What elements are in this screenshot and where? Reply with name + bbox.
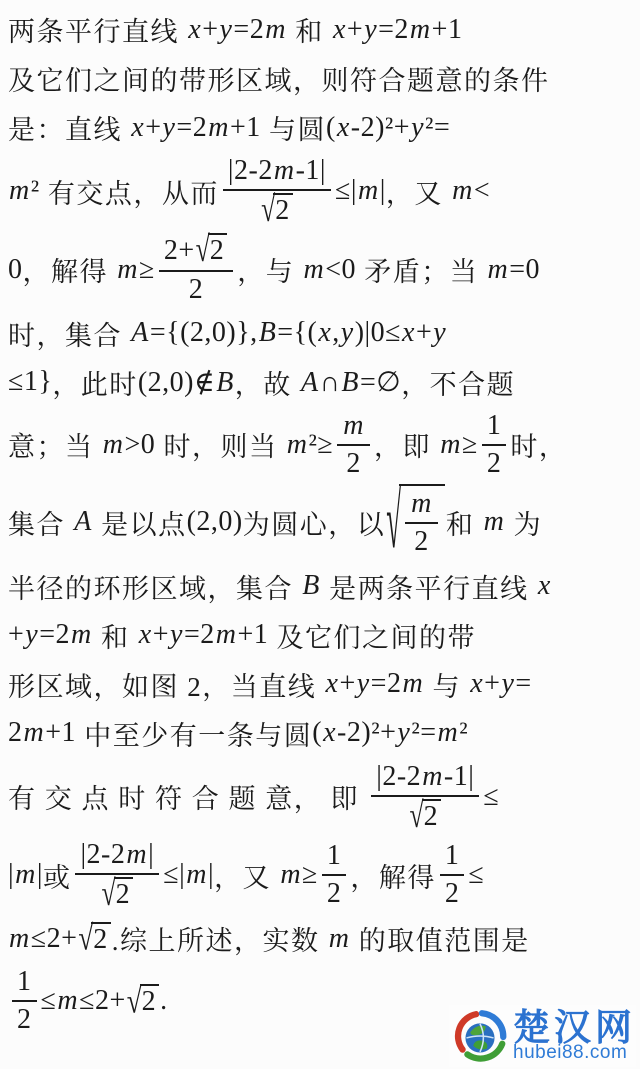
fraction: |2-2m-1|√2 xyxy=(223,155,331,227)
math-text: 2m+1 xyxy=(8,717,76,749)
square-root: √2 xyxy=(102,877,134,911)
cjk-text: 和 xyxy=(93,616,138,655)
watermark-site-name: 楚汉网 xyxy=(513,1010,636,1045)
cjk-text: 两条平行直线 xyxy=(8,10,187,49)
math-text: |2-2m| xyxy=(80,839,154,871)
math-text: B xyxy=(301,570,321,602)
text-line: 集合 A 是以点(2,0)为圆心，以√m2和 m 为 xyxy=(8,483,634,561)
fraction-numerator: |2-2m-1| xyxy=(223,155,331,191)
square-root: √2 xyxy=(127,984,159,1018)
document-page: 两条平行直线 x+y=2m 和 x+y=2m+1及它们之间的带形区域，则符合题意… xyxy=(0,0,640,1040)
watermark-logo: 楚汉网 hubei88.com xyxy=(449,1005,636,1067)
cjk-text: 是两条平行直线 xyxy=(321,567,537,606)
math-text: A xyxy=(73,506,93,538)
math-text: 2 xyxy=(414,526,429,558)
text-line: 形区域，如图 2，当直线 x+y=2m 与 x+y= xyxy=(8,660,634,709)
math-text: A={(2,0)},B={(x,y)|0≤x+y xyxy=(130,317,447,349)
fraction-denominator: 2 xyxy=(440,876,465,910)
fraction: m2 xyxy=(337,410,370,480)
math-text: 2 xyxy=(93,924,108,956)
cjk-text: 时， xyxy=(510,425,567,464)
cjk-text: ，与 xyxy=(237,250,302,289)
math-text: 0 xyxy=(8,254,23,286)
cjk-text: 集合 xyxy=(8,503,73,542)
square-root: √2 xyxy=(410,799,442,833)
math-text: 2 xyxy=(487,448,502,480)
math-text: 2+ xyxy=(164,235,195,267)
math-text: (x-2)²+y²= xyxy=(326,112,450,144)
math-text: 2 xyxy=(210,235,225,267)
document-body: 两条平行直线 x+y=2m 和 x+y=2m+1及它们之间的带形区域，则符合题意… xyxy=(8,5,634,1040)
fraction-numerator: 1 xyxy=(440,840,465,876)
cjk-text: 或 xyxy=(43,856,72,895)
cjk-text: ，解得 xyxy=(350,856,436,895)
cjk-text: ，不合题 xyxy=(401,363,515,402)
math-text: 1 xyxy=(445,840,460,872)
math-text: m xyxy=(483,506,506,538)
math-text: 2 xyxy=(424,801,439,833)
radicand: 2 xyxy=(140,984,160,1018)
math-text: (2,0)∉B xyxy=(138,365,235,399)
watermark-site-url: hubei88.com xyxy=(513,1043,636,1062)
math-text: 1 xyxy=(17,966,32,998)
radical-sign: √ xyxy=(196,233,210,268)
cjk-text: 时，则当 xyxy=(155,425,286,464)
cjk-text: 和 xyxy=(287,10,332,49)
radical-sign: √ xyxy=(78,922,93,956)
fraction-denominator: √2 xyxy=(96,875,140,911)
math-text: m<0 xyxy=(302,254,356,286)
math-text: (x-2)²+y²=m² xyxy=(312,717,468,749)
text-line: 意；当 m>0 时，则当 m²≥m2，即 m≥12时， xyxy=(8,407,634,483)
fraction-denominator: 2 xyxy=(341,446,366,480)
radicand: 2 xyxy=(208,233,228,267)
radical-sign: √ xyxy=(261,193,275,228)
square-root: √m2 xyxy=(386,484,445,560)
fraction-denominator: 2 xyxy=(482,446,507,480)
math-text: ≤1} xyxy=(8,366,52,398)
cjk-text: ，又 xyxy=(386,172,451,211)
radicand: 2 xyxy=(422,799,442,833)
text-line: m≤2+√2.综上所述，实数 m 的取值范围是 xyxy=(8,914,634,963)
radical-sign: √ xyxy=(127,985,142,1019)
math-text: m≤2+ xyxy=(8,923,77,955)
globe-swirl-icon xyxy=(449,1005,511,1067)
fraction-numerator: 1 xyxy=(12,966,37,1002)
text-line: 有 交 点 时 符 合 题 意， 即 |2-2m-1|√2≤ xyxy=(8,758,634,836)
math-text: 2 xyxy=(142,986,157,1018)
fraction-denominator: √2 xyxy=(255,191,299,227)
square-root: √2 xyxy=(261,193,293,227)
math-text: m=0 xyxy=(487,254,541,286)
math-text: m xyxy=(410,488,433,520)
cjk-text: ，故 xyxy=(235,363,300,402)
text-line: 2m+1 中至少有一条与圆(x-2)²+y²=m² xyxy=(8,709,634,758)
math-text: m xyxy=(328,923,351,955)
fraction-denominator: 2 xyxy=(409,524,434,558)
square-root: √2 xyxy=(78,922,110,956)
cjk-text: 是以点 xyxy=(93,503,187,542)
cjk-text: .综上所述，实数 xyxy=(112,919,328,958)
math-text: m²≥ xyxy=(286,429,334,461)
cjk-text: 为圆心，以 xyxy=(243,503,386,542)
math-text: 2 xyxy=(275,195,290,227)
text-line: 0，解得 m≥2+√22，与 m<0 矛盾；当 m=0 xyxy=(8,230,634,308)
math-text: . xyxy=(160,985,168,1017)
math-text: m≥ xyxy=(439,429,478,461)
fraction-numerator: m xyxy=(405,488,438,524)
fraction-numerator: 1 xyxy=(482,410,507,446)
fraction: |2-2m|√2 xyxy=(75,839,159,911)
cjk-text: 的取值范围是 xyxy=(350,919,529,958)
text-line: m² 有交点，从而|2-2m-1|√2≤|m|，又 m< xyxy=(8,152,634,230)
radical-sign: √ xyxy=(102,877,116,912)
fraction-denominator: 2 xyxy=(322,876,347,910)
text-line: ≤1}，此时(2,0)∉B，故 A∩B=∅，不合题 xyxy=(8,358,634,407)
cjk-text: 意；当 xyxy=(8,425,102,464)
square-root: √2 xyxy=(196,233,228,267)
math-text: x+y=2m+1 xyxy=(332,14,463,46)
cjk-text: 及它们之间的带 xyxy=(268,616,476,655)
fraction: 2+√22 xyxy=(159,233,233,305)
cjk-text: 与圆 xyxy=(261,108,326,147)
math-text: x+y=2m xyxy=(325,668,425,700)
math-text: m xyxy=(342,410,365,442)
cjk-text: 和 xyxy=(446,503,483,542)
radicand: 2 xyxy=(273,193,293,227)
math-text: ≤|m| xyxy=(163,859,214,891)
radicand: m2 xyxy=(399,484,445,560)
math-text: 2 xyxy=(17,1004,32,1036)
math-text: ≤ xyxy=(483,781,499,813)
radicand: 2 xyxy=(91,922,111,956)
math-text: 1 xyxy=(487,410,502,442)
math-text: 2 xyxy=(327,878,342,910)
cjk-text: 形区域，如图 2，当直线 xyxy=(8,665,325,704)
cjk-text: 半径的环形区域，集合 xyxy=(8,567,301,606)
fraction-denominator: √2 xyxy=(404,797,448,833)
fraction-numerator: 2+√2 xyxy=(159,233,233,271)
cjk-text: 为 xyxy=(505,503,542,542)
math-text: |m| xyxy=(8,859,43,891)
math-text: |2-2m-1| xyxy=(228,155,326,187)
radical-sign: √ xyxy=(410,798,424,833)
math-text: ≤m≤2+ xyxy=(41,985,126,1017)
fraction-denominator: 2 xyxy=(184,272,209,306)
math-text: x+y=2m+1 xyxy=(138,619,269,651)
math-text: 1 xyxy=(327,840,342,872)
cjk-text: 及它们之间的带形区域，则符合题意的条件 xyxy=(8,59,550,98)
radical-sign: √ xyxy=(386,486,401,561)
math-text: 2 xyxy=(189,274,204,306)
math-text: x+y=2m+1 xyxy=(130,112,261,144)
math-text: x+y= xyxy=(469,668,531,700)
fraction-numerator: |2-2m| xyxy=(75,839,159,875)
fraction-numerator: |2-2m-1| xyxy=(371,761,479,797)
cjk-text: 有交点，从而 xyxy=(40,172,219,211)
cjk-text: ，解得 xyxy=(23,250,117,289)
math-text: x+y=2m xyxy=(187,14,287,46)
text-line: 半径的环形区域，集合 B 是两条平行直线 x xyxy=(8,562,634,611)
text-line: 及它们之间的带形区域，则符合题意的条件 xyxy=(8,54,634,103)
math-text: (2,0) xyxy=(187,506,243,538)
cjk-text: ，即 xyxy=(374,425,439,464)
fraction: 12 xyxy=(482,410,507,480)
math-text: |2-2m-1| xyxy=(376,761,474,793)
math-text: 2 xyxy=(445,878,460,910)
fraction: |2-2m-1|√2 xyxy=(371,761,479,833)
cjk-text: 与 xyxy=(424,665,469,704)
cjk-text: 有 交 点 时 符 合 题 意， 即 xyxy=(8,777,367,816)
cjk-text: 矛盾；当 xyxy=(356,250,487,289)
math-text: 2 xyxy=(346,448,361,480)
fraction-numerator: 1 xyxy=(322,840,347,876)
radicand: 2 xyxy=(114,877,134,911)
math-text: m>0 xyxy=(102,429,156,461)
cjk-text: 是：直线 xyxy=(8,108,130,147)
fraction-numerator: m xyxy=(337,410,370,446)
math-text: x xyxy=(537,570,552,602)
fraction-denominator: 2 xyxy=(12,1002,37,1036)
cjk-text: ，又 xyxy=(214,856,279,895)
cjk-text: 时，集合 xyxy=(8,314,130,353)
fraction: m2 xyxy=(405,488,438,558)
text-line: 两条平行直线 x+y=2m 和 x+y=2m+1 xyxy=(8,5,634,54)
math-text: m< xyxy=(451,175,490,207)
fraction: 12 xyxy=(12,966,37,1036)
math-text: 2 xyxy=(116,879,131,911)
cjk-text: ，此时 xyxy=(52,363,138,402)
text-line: +y=2m 和 x+y=2m+1 及它们之间的带 xyxy=(8,611,634,660)
math-text: m≥ xyxy=(279,859,318,891)
math-text: +y=2m xyxy=(8,619,93,651)
text-line: |m|或|2-2m|√2≤|m|，又 m≥12，解得12≤ xyxy=(8,836,634,914)
math-text: m≥ xyxy=(116,254,155,286)
fraction: 12 xyxy=(322,840,347,910)
watermark-text: 楚汉网 hubei88.com xyxy=(513,1010,636,1062)
math-text: ≤ xyxy=(468,859,484,891)
math-text: ≤|m| xyxy=(335,175,386,207)
text-line: 是：直线 x+y=2m+1 与圆(x-2)²+y²= xyxy=(8,103,634,152)
math-text: m² xyxy=(8,175,40,207)
fraction: 12 xyxy=(440,840,465,910)
math-text: A∩B=∅ xyxy=(300,365,401,399)
text-line: 时，集合 A={(2,0)},B={(x,y)|0≤x+y xyxy=(8,309,634,358)
cjk-text: 中至少有一条与圆 xyxy=(76,714,312,753)
